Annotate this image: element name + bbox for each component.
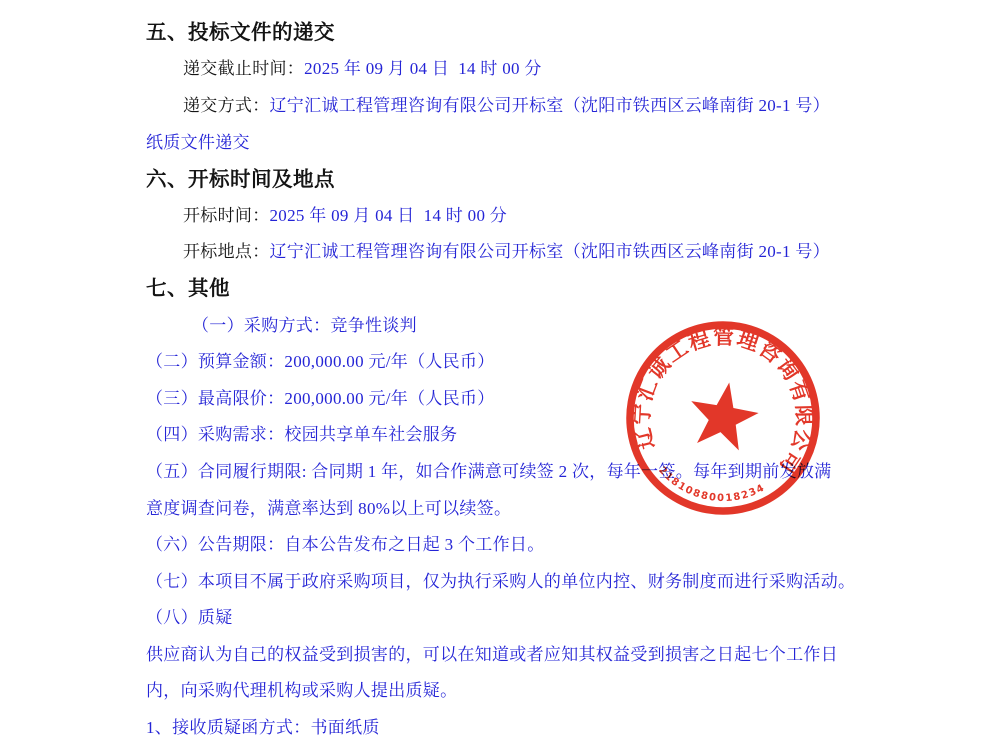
text-segment: （二）预算金额：200,000.00 元/年（人民币） [146,347,495,372]
text-segment: 开标地点： [183,237,270,262]
text-segment: （一）采购方式：竞争性谈判 [192,311,417,336]
document-page: 五、投标文件的递交递交截止时间：2025 年 09 月 04 日 14 时 00… [0,0,991,748]
text-segment: 2025 年 09 月 04 日 14 时 00 分 [304,54,542,79]
text-segment: 五、投标文件的递交 [146,15,335,45]
text-segment: 递交方式： [183,91,270,116]
text-segment: 辽宁汇诚工程管理咨询有限公司开标室（沈阳市铁西区云峰南街 20-1 号） [270,237,830,262]
text-segment: 1、接收质疑函方式：书面纸质 [146,713,380,738]
doc-line: （八）质疑 [146,598,906,635]
text-segment: 七、其他 [146,271,230,301]
doc-line: 开标地点：辽宁汇诚工程管理咨询有限公司开标室（沈阳市铁西区云峰南街 20-1 号… [146,232,906,269]
company-stamp: 辽宁汇诚工程管理咨询有限公司 218108800182348 [608,303,838,533]
text-segment: （八）质疑 [146,603,233,628]
doc-line: 1、接收质疑函方式：书面纸质 [146,707,906,744]
stamp-group: 辽宁汇诚工程管理咨询有限公司 218108800182348 [608,303,836,526]
text-segment: 2025 年 09 月 04 日 14 时 00 分 [270,201,508,226]
text-segment: （七）本项目不属于政府采购项目，仅为执行采购人的单位内控、财务制度而进行采购活动… [146,567,855,592]
text-segment: 纸质文件递交 [146,128,250,153]
doc-line: 供应商认为自己的权益受到损害的，可以在知道或者应知其权益受到损害之日起七个工作日 [146,634,906,671]
text-segment: （三）最高限价：200,000.00 元/年（人民币） [146,384,495,409]
doc-line: 纸质文件递交 [146,122,906,159]
text-segment: （四）采购需求：校园共享单车社会服务 [146,420,457,445]
text-segment: 辽宁汇诚工程管理咨询有限公司开标室（沈阳市铁西区云峰南街 20-1 号） [270,91,830,116]
text-segment: 内，向采购代理机构或采购人提出质疑。 [146,676,457,701]
text-segment: （六）公告期限：自本公告发布之日起 3 个工作日。 [146,530,545,555]
text-segment: 六、开标时间及地点 [146,162,335,192]
section-heading: 七、其他 [146,268,906,305]
stamp-star-icon [684,377,763,453]
doc-line: 递交截止时间：2025 年 09 月 04 日 14 时 00 分 [146,49,906,86]
doc-line: 递交方式：辽宁汇诚工程管理咨询有限公司开标室（沈阳市铁西区云峰南街 20-1 号… [146,85,906,122]
section-heading: 五、投标文件的递交 [146,12,906,49]
text-segment: 意度调查问卷，满意率达到 80%以上可以续签。 [146,494,511,519]
text-segment: 开标时间： [183,201,270,226]
doc-line: 开标时间：2025 年 09 月 04 日 14 时 00 分 [146,195,906,232]
text-segment: 递交截止时间： [183,54,304,79]
doc-line: 内，向采购代理机构或采购人提出质疑。 [146,671,906,708]
doc-line: （七）本项目不属于政府采购项目，仅为执行采购人的单位内控、财务制度而进行采购活动… [146,561,906,598]
text-segment: 供应商认为自己的权益受到损害的，可以在知道或者应知其权益受到损害之日起七个工作日 [146,640,838,665]
section-heading: 六、开标时间及地点 [146,158,906,195]
